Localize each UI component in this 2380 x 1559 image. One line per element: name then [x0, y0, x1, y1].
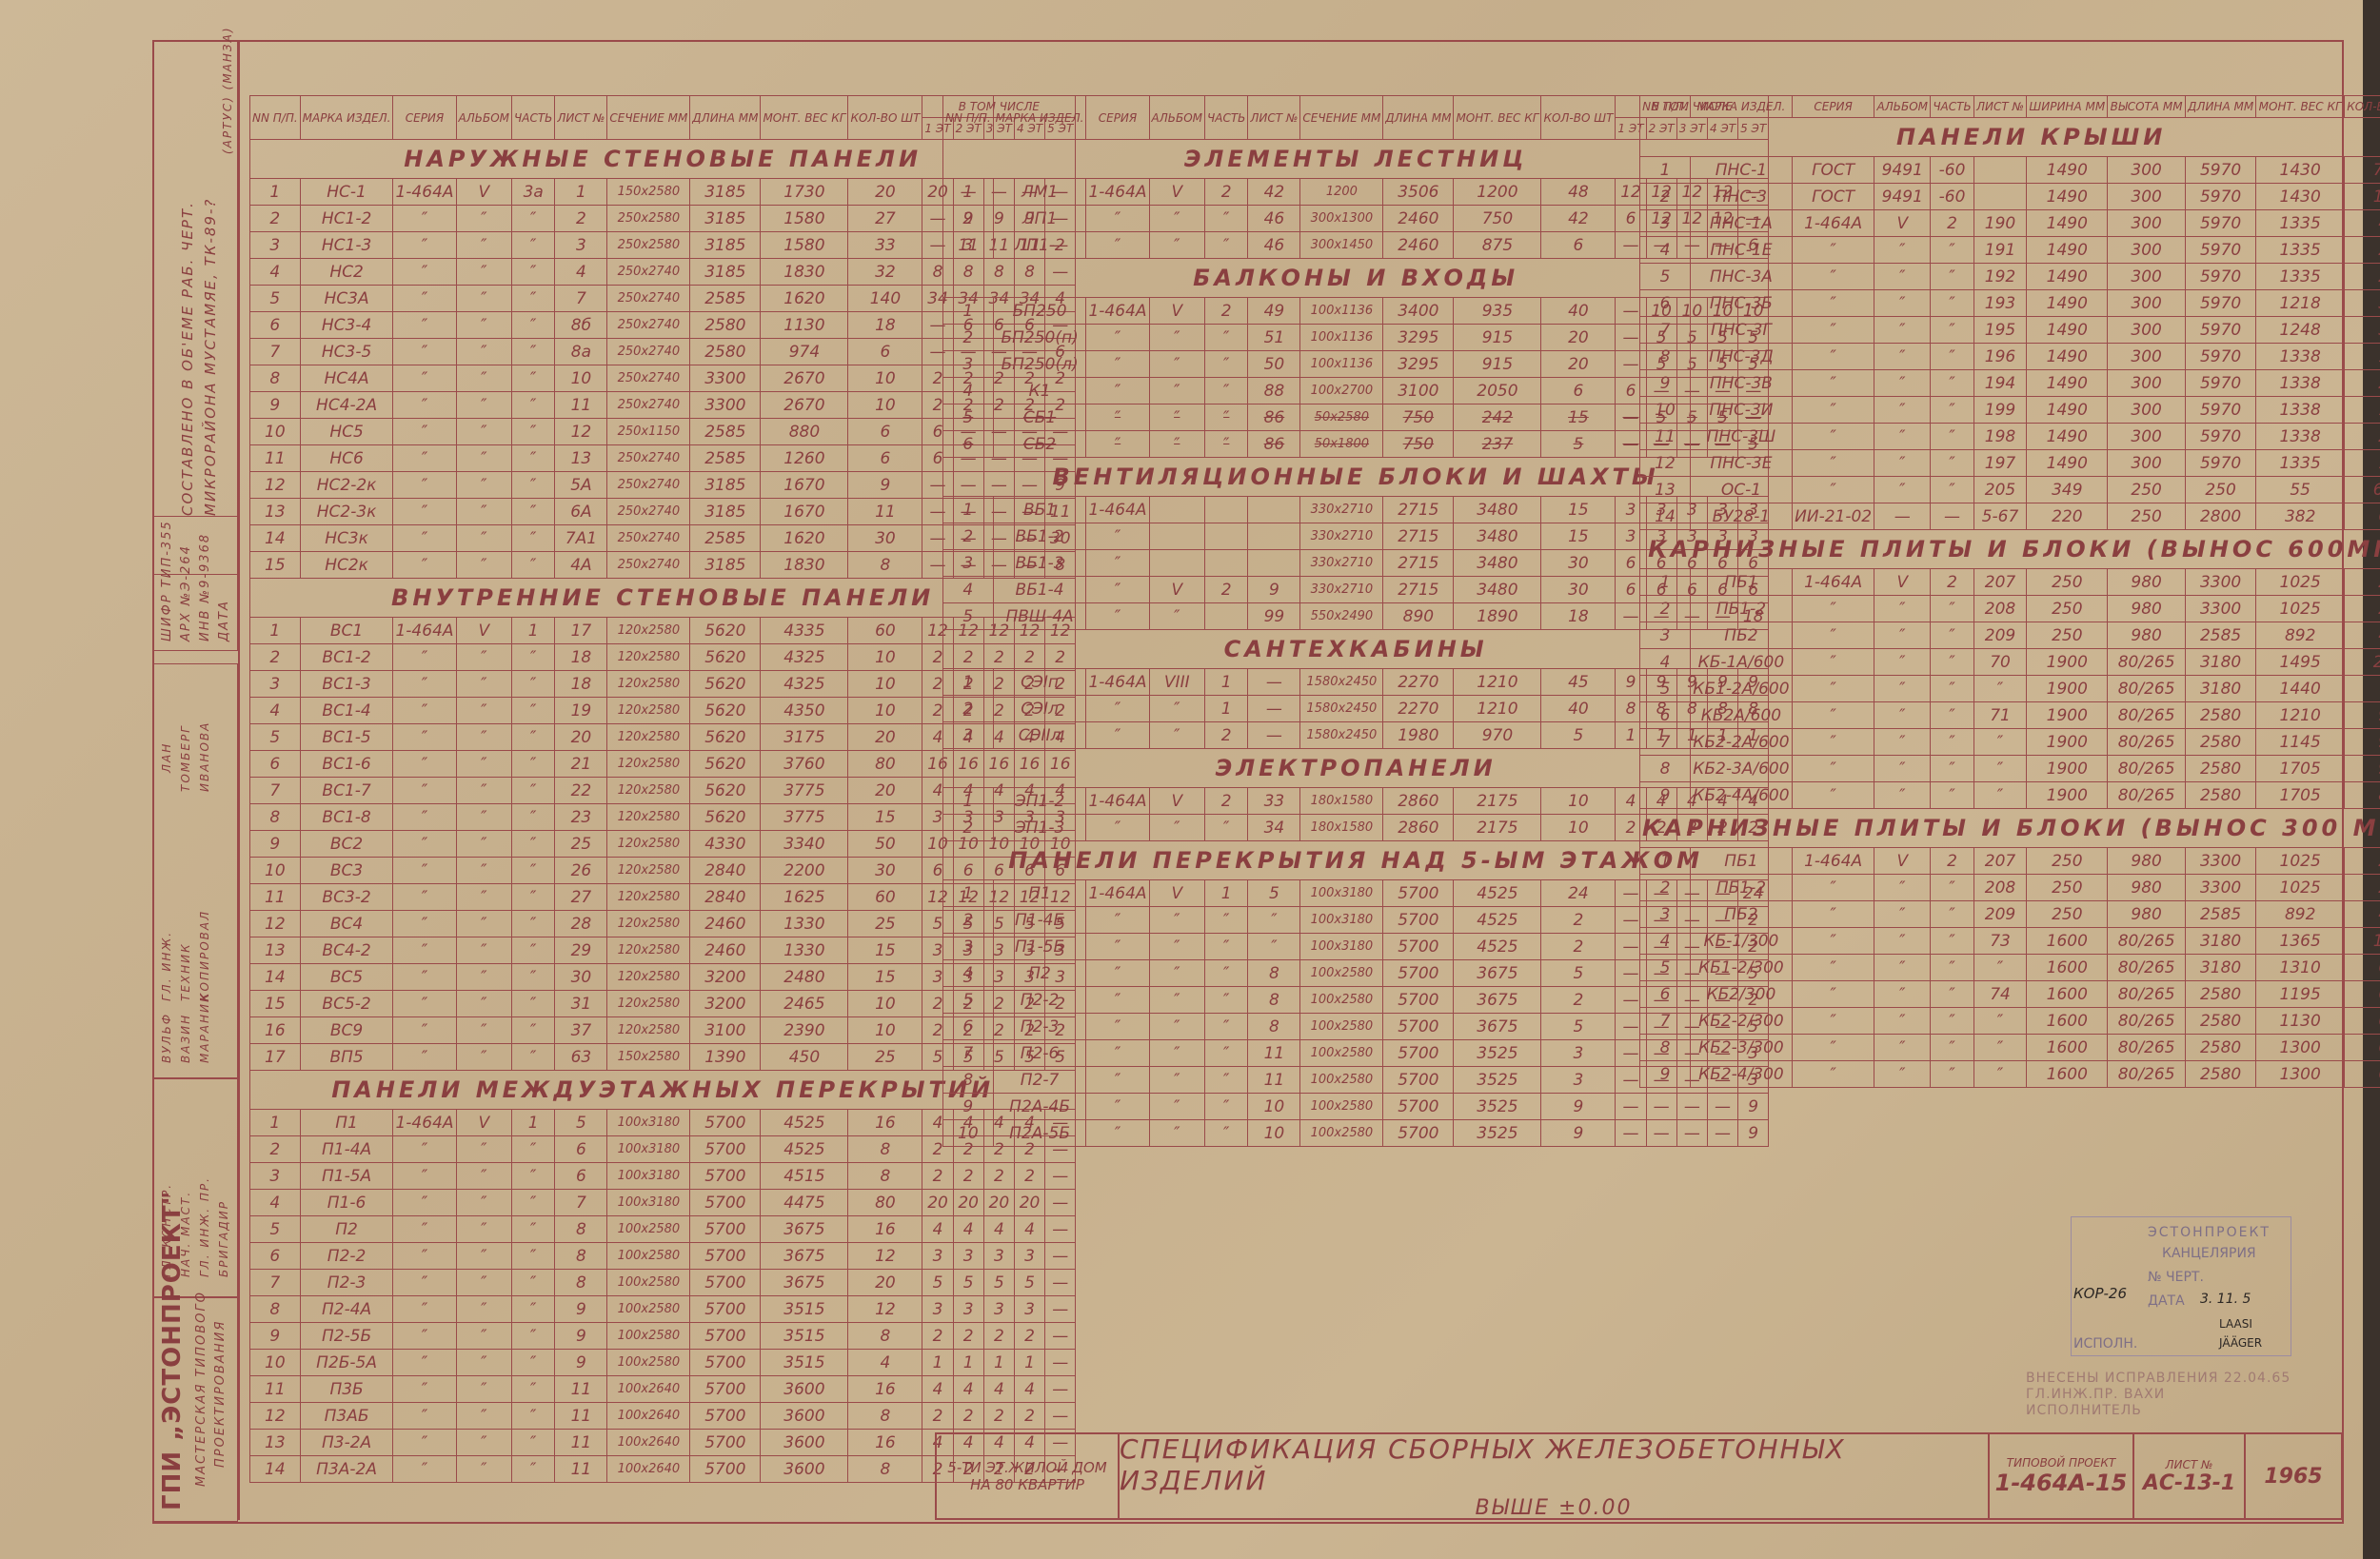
table-row: 4КБ-1А/600″″″70190080/2653180149522: [1640, 649, 2380, 676]
col-part: ЧАСТЬ: [1205, 96, 1248, 140]
col-mark: МАРКА ИЗДЕЛ.: [300, 96, 393, 140]
table-cell: ″: [393, 1430, 456, 1456]
table-cell: —: [1646, 1120, 1676, 1147]
table-cell: 300: [2108, 237, 2185, 264]
table-cell: ″: [1792, 397, 1874, 424]
table-cell: ПНС-1: [1690, 157, 1792, 184]
table-cell: 250: [2027, 901, 2108, 928]
table-cell: 5700: [690, 1270, 761, 1296]
table-cell: ВБ1: [993, 497, 1086, 523]
table-cell: 3: [943, 351, 994, 378]
table-cell: 300: [2108, 290, 2185, 317]
section-title: ПАНЕЛИ КРЫШИ: [1640, 118, 2380, 157]
table-cell: 3480: [1454, 550, 1541, 577]
table-cell: ″: [1149, 1094, 1205, 1120]
table-cell: 80/265: [2108, 928, 2185, 955]
archive-date-label: ДАТА: [217, 600, 231, 641]
table-cell: 11: [555, 1376, 607, 1403]
table-cell: 5: [1541, 960, 1616, 987]
table-cell: ″: [512, 552, 555, 579]
table-cell: 3525: [1454, 1094, 1541, 1120]
table-cell: 237: [1454, 431, 1541, 458]
table-cell: ″: [1149, 987, 1205, 1014]
table-cell: 4: [250, 259, 301, 286]
table-cell: ″: [512, 751, 555, 778]
table-cell: 3: [1640, 622, 1691, 649]
table-cell: ″: [1874, 702, 1931, 729]
col-series: СЕРИЯ: [393, 96, 456, 140]
table-cell: 16: [848, 1110, 922, 1136]
table-cell: 65: [2344, 477, 2380, 503]
table-cell: 120х2580: [607, 644, 690, 671]
role-2: ГЛ. ИНЖ. ПР.: [198, 1176, 211, 1277]
table-cell: 892: [2256, 901, 2345, 928]
table-cell: 6: [1640, 290, 1691, 317]
table-cell: 250: [2108, 477, 2185, 503]
section-title: КАРНИЗНЫЕ ПЛИТЫ И БЛОКИ (ВЫНОС 600ММ): [1640, 530, 2380, 569]
table-cell: 250х2740: [607, 445, 690, 472]
table-cell: ″: [1792, 344, 1874, 370]
table-cell: 120х2580: [607, 1017, 690, 1044]
table-cell: ″: [1086, 206, 1149, 232]
table-cell: 13: [250, 1430, 301, 1456]
table-cell: 60: [848, 884, 922, 911]
table-row: 4КБ-1/300″″″73160080/2653180136510: [1640, 928, 2380, 955]
table-cell: 3675: [761, 1270, 848, 1296]
table-cell: 980: [2108, 848, 2185, 875]
table-cell: ″: [1792, 901, 1874, 928]
table-cell: 330х2710: [1300, 523, 1383, 550]
table-cell: ВС4-2: [300, 937, 393, 964]
table-cell: ″: [512, 472, 555, 499]
table-cell: 1490: [2027, 450, 2108, 477]
table-cell: ″: [1874, 596, 1931, 622]
table-cell: ″: [1792, 424, 1874, 450]
table-row: 4ПНС-1Е″″″1911490300597013352: [1640, 237, 2380, 264]
table-cell: П2А-4Б: [993, 1094, 1086, 1120]
table-cell: 193: [1973, 290, 2026, 317]
table-cell: ″: [1149, 1040, 1205, 1067]
table-cell: ″: [1086, 550, 1149, 577]
table-cell: 20: [848, 778, 922, 804]
table-cell: ВБ1-4: [993, 577, 1086, 603]
table-cell: 4: [983, 1216, 1014, 1243]
table-cell: 5700: [690, 1456, 761, 1483]
table-cell: 9491: [1874, 157, 1931, 184]
table-cell: 27: [555, 884, 607, 911]
table-cell: ″: [1792, 477, 1874, 503]
table-cell: 7: [250, 778, 301, 804]
table-cell: —: [1045, 1403, 1076, 1430]
table-cell: 450: [761, 1044, 848, 1071]
table-cell: П3А-2А: [300, 1456, 393, 1483]
table-cell: 250х2740: [607, 525, 690, 552]
table-cell: 1: [983, 1350, 1014, 1376]
table-cell: 5970: [2185, 450, 2256, 477]
table-cell: 12: [250, 911, 301, 937]
table-cell: 5970: [2185, 237, 2256, 264]
table-cell: 4: [922, 1216, 953, 1243]
table-cell: 750: [1383, 405, 1454, 431]
table-cell: 4475: [761, 1190, 848, 1216]
table-cell: 250х1150: [607, 419, 690, 445]
table-cell: 1440: [2256, 676, 2345, 702]
table-cell: ″: [1205, 1040, 1248, 1067]
table-cell: 2270: [1383, 696, 1454, 722]
table-cell: ЭП1-3: [993, 815, 1086, 841]
table-cell: ″: [456, 804, 512, 831]
table-cell: 1705: [2256, 756, 2345, 782]
table-cell: 8а: [555, 339, 607, 365]
table-cell: ″: [456, 991, 512, 1017]
table-cell: [1149, 523, 1205, 550]
table-cell: ″: [393, 445, 456, 472]
table-cell: 4: [250, 698, 301, 724]
col-qty: КОЛ-ВО ШТ: [1541, 96, 1616, 140]
table-cell: 1705: [2256, 782, 2345, 809]
table-cell: КБ2-2/300: [1690, 1008, 1792, 1035]
table-cell: 3675: [1454, 987, 1541, 1014]
col-album: АЛЬБОМ: [1874, 96, 1931, 118]
table-cell: 2585: [690, 419, 761, 445]
table-cell: 9: [250, 1323, 301, 1350]
table-cell: 3295: [1383, 351, 1454, 378]
table-row: 6КБ2А/600″″″71190080/265258012109: [1640, 702, 2380, 729]
table-cell: 4525: [761, 1110, 848, 1136]
table-cell: 80: [848, 751, 922, 778]
table-cell: —: [1248, 722, 1300, 749]
table-cell: 1490: [2027, 264, 2108, 290]
table-row: 12ПНС-3Е″″″1971490300597013351: [1640, 450, 2380, 477]
table-cell: ″: [512, 1017, 555, 1044]
table-cell: БП250(л): [993, 351, 1086, 378]
table-cell: 1-464А: [1086, 179, 1149, 206]
table-cell: —: [1616, 1120, 1646, 1147]
table-cell: 1: [943, 880, 994, 907]
table-cell: ″: [393, 286, 456, 312]
table-cell: 250х2740: [607, 286, 690, 312]
table-cell: 1830: [761, 552, 848, 579]
table-cell: ″: [1931, 649, 1974, 676]
table-cell: —: [1045, 1190, 1076, 1216]
table-cell: ″: [512, 911, 555, 937]
table-cell: ″: [1205, 1067, 1248, 1094]
table-cell: 3180: [2185, 676, 2256, 702]
table-cell: 1130: [761, 312, 848, 339]
table-cell: 250х2740: [607, 392, 690, 419]
table-cell: 300: [2108, 317, 2185, 344]
table-cell: ″: [1931, 676, 1974, 702]
name-a-2: МАРАНИК: [198, 992, 211, 1063]
note-side: (АРТУС) (МАНЗА): [221, 27, 234, 155]
archive-code: ШИФР ТИП-355: [160, 520, 174, 641]
table-cell: 10: [2344, 928, 2380, 955]
table-cell: 45: [1541, 669, 1616, 696]
col-section: СЕЧЕНИЕ ММ: [1300, 96, 1383, 140]
object-line-1: 5-ТИ ЭТ.ЖИЛОЙ ДОМ: [947, 1459, 1106, 1476]
table-cell: ″: [393, 1296, 456, 1323]
table-cell: ″: [456, 884, 512, 911]
table-cell: ″: [1149, 232, 1205, 259]
table-row: 1ПНС-1ГОСТ9491-6014903005970143077: [1640, 157, 2380, 184]
table-cell: 2800: [2185, 503, 2256, 530]
correction-line-1: ВНЕСЕНЫ ИСПРАВЛЕНИЯ 22.04.65: [2026, 1371, 2291, 1387]
table-cell: 4: [848, 1350, 922, 1376]
table-cell: 8б: [555, 312, 607, 339]
table-cell: ″: [1973, 756, 2026, 782]
table-cell: ″: [1149, 351, 1205, 378]
table-cell: ″: [1086, 815, 1149, 841]
table-cell: ″: [1874, 1035, 1931, 1061]
table-cell: 1218: [2256, 290, 2345, 317]
table-cell: 3600: [761, 1430, 848, 1456]
table-cell: ″: [1874, 981, 1931, 1008]
table-cell: ″: [1149, 325, 1205, 351]
table-cell: ″: [1874, 397, 1931, 424]
table-cell: П2: [993, 960, 1086, 987]
table-cell: 3200: [690, 991, 761, 1017]
table-cell: ВС9: [300, 1017, 393, 1044]
table-cell: 3480: [1454, 577, 1541, 603]
table-cell: ″: [1874, 875, 1931, 901]
table-cell: 1495: [2256, 649, 2345, 676]
table-cell: 8: [250, 365, 301, 392]
table-cell: 3: [250, 232, 301, 259]
table-cell: НС2-3к: [300, 499, 393, 525]
table-cell: 6: [250, 1243, 301, 1270]
table-cell: П2-3: [300, 1270, 393, 1296]
title-cell: СПЕЦИФИКАЦИЯ СБОРНЫХ ЖЕЛЕЗОБЕТОННЫХ ИЗДЕ…: [1120, 1434, 1990, 1518]
table-cell: К1: [993, 378, 1086, 405]
table-cell: ″: [1973, 955, 2026, 981]
table-row: 4П1-6″″″7100х3180570044758020202020—: [250, 1190, 1076, 1216]
table-cell: 1390: [690, 1044, 761, 1071]
table-cell: 6: [1541, 378, 1616, 405]
table-cell: 2: [2344, 596, 2380, 622]
table-cell: 70: [1973, 649, 2026, 676]
table-cell: СЭIIл: [993, 722, 1086, 749]
table-cell: 100х3180: [1300, 934, 1383, 960]
table-cell: ″: [456, 1350, 512, 1376]
col-qty: КОЛ-ВО ШТ.: [2344, 96, 2380, 118]
table-cell: 1: [512, 1110, 555, 1136]
table-cell: ″: [456, 858, 512, 884]
table-cell: 2: [555, 206, 607, 232]
table-cell: 3515: [761, 1323, 848, 1350]
table-cell: —: [1045, 1216, 1076, 1243]
table-row: 5ПНС-3А″″″1921490300597013352: [1640, 264, 2380, 290]
table-cell: ″: [456, 499, 512, 525]
table-cell: 16: [848, 1430, 922, 1456]
table-cell: 20: [848, 724, 922, 751]
table-cell: 4А: [555, 552, 607, 579]
table-cell: ″: [1792, 264, 1874, 290]
table-cell: 40: [1541, 696, 1616, 722]
table-cell: 26: [555, 858, 607, 884]
section-header-cornice-600: КАРНИЗНЫЕ ПЛИТЫ И БЛОКИ (ВЫНОС 600ММ): [1640, 530, 2380, 569]
table-cell: 1310: [2256, 955, 2345, 981]
table-cell: ″: [1973, 1035, 2026, 1061]
note-line-1: СОСТАВЛЕНО В ОБ'ЕМЕ РАБ. ЧЕРТ.: [179, 201, 196, 516]
table-cell: 100х2580: [1300, 1067, 1383, 1094]
table-row: 9КБ2-4А/600″″″″190080/265258017058: [1640, 782, 2380, 809]
project-label: ТИПОВОЙ ПРОЕКТ: [2007, 1456, 2115, 1470]
table-cell: ПБ2: [1690, 622, 1792, 649]
object-cell: 5-ТИ ЭТ.ЖИЛОЙ ДОМ НА 80 КВАРТИР: [937, 1434, 1120, 1518]
table-cell: 2: [922, 1403, 953, 1430]
workshop-line-1: МАСТЕРСКАЯ ТИПОВОГО: [194, 1291, 208, 1487]
table-cell: 207: [1973, 569, 2026, 596]
table-cell: БУ28-1: [1690, 503, 1792, 530]
table-cell: ″: [512, 392, 555, 419]
table-cell: 5: [943, 987, 994, 1014]
document-title: СПЕЦИФИКАЦИЯ СБОРНЫХ ЖЕЛЕЗОБЕТОННЫХ ИЗДЕ…: [1120, 1433, 1988, 1496]
table-cell: ″: [1086, 907, 1149, 934]
table-cell: ″: [1086, 1094, 1149, 1120]
table-cell: ″: [1874, 1061, 1931, 1088]
table-cell: 4: [1014, 1216, 1044, 1243]
table-cell: 100х3180: [1300, 907, 1383, 934]
table-cell: ″: [456, 831, 512, 858]
table-cell: НС2-2к: [300, 472, 393, 499]
table-cell: 1-464А: [1792, 848, 1874, 875]
table-cell: ″: [456, 232, 512, 259]
table-cell: 5: [250, 286, 301, 312]
table-cell: ″: [1973, 782, 2026, 809]
table-cell: 330х2710: [1300, 577, 1383, 603]
table-cell: 5-67: [1973, 503, 2026, 530]
table-cell: ″: [1874, 237, 1931, 264]
table-cell: 10: [555, 365, 607, 392]
table-cell: 5700: [690, 1403, 761, 1430]
table-cell: 3400: [1383, 298, 1454, 325]
table-cell: ВС1-5: [300, 724, 393, 751]
table-cell: 1-464А: [1086, 788, 1149, 815]
table-cell: 10: [1248, 1120, 1300, 1147]
table-cell: 550х2490: [1300, 603, 1383, 630]
table-cell: 4: [983, 1376, 1014, 1403]
table-cell: 3: [943, 934, 994, 960]
table-cell: 9: [250, 831, 301, 858]
table-cell: ″: [393, 552, 456, 579]
table-cell: 30: [848, 525, 922, 552]
table-cell: 1: [943, 497, 994, 523]
table-cell: 3200: [690, 964, 761, 991]
table-cell: 13: [250, 937, 301, 964]
table-cell: 2: [953, 1403, 983, 1430]
section-title: КАРНИЗНЫЕ ПЛИТЫ И БЛОКИ (ВЫНОС 300 ММ): [1640, 809, 2380, 848]
table-cell: 9: [1541, 1120, 1616, 1147]
table-cell: ″: [1874, 450, 1931, 477]
table-cell: 1: [922, 1350, 953, 1376]
table-cell: 8: [848, 1323, 922, 1350]
table-row: 5КБ1-2А/600″″″″190080/265318014407: [1640, 676, 2380, 702]
table-cell: 8: [2344, 782, 2380, 809]
table-cell: ″: [1973, 1061, 2026, 1088]
table-cell: 1: [1640, 569, 1691, 596]
table-cell: ″: [456, 419, 512, 445]
table-cell: П1-5Б: [993, 934, 1086, 960]
table-cell: 3506: [1383, 179, 1454, 206]
table-cell: 2580: [2185, 1035, 2256, 1061]
table-cell: 150х2580: [607, 1044, 690, 1071]
table-cell: 3а: [512, 179, 555, 206]
col-num: NN П/П.: [943, 96, 994, 140]
table-cell: 120х2580: [607, 991, 690, 1017]
table-cell: 5700: [1383, 1120, 1454, 1147]
table-cell: 2: [1541, 907, 1616, 934]
table-cell: ″: [512, 1376, 555, 1403]
table-cell: 1830: [761, 259, 848, 286]
table-cell: ″: [393, 804, 456, 831]
table-cell: 250х2740: [607, 339, 690, 365]
table-cell: 3: [1640, 901, 1691, 928]
table-cell: 2: [1014, 1323, 1044, 1350]
table-cell: ″: [512, 1216, 555, 1243]
table-cell: [1205, 550, 1248, 577]
table-cell: 100х2640: [607, 1403, 690, 1430]
stamp-checked-name: LAASI: [2219, 1317, 2252, 1331]
table-cell: ″: [1086, 232, 1149, 259]
table-cell: ″: [512, 206, 555, 232]
table-cell: ″: [456, 724, 512, 751]
table-cell: 100х2580: [607, 1323, 690, 1350]
table-cell: 10: [250, 858, 301, 884]
stamp-date-label: ДАТА: [2148, 1293, 2185, 1309]
table-cell: ″: [456, 964, 512, 991]
table-cell: 4350: [761, 698, 848, 724]
table-cell: 12: [250, 472, 301, 499]
table-cell: ″: [393, 1456, 456, 1483]
table-cell: 18: [555, 644, 607, 671]
table-cell: ″: [512, 499, 555, 525]
table-cell: —: [1874, 503, 1931, 530]
table-row: 7П2-3″″″8100х258057003675205555—: [250, 1270, 1076, 1296]
table-cell: 1335: [2256, 450, 2345, 477]
table-cell: 80: [848, 1190, 922, 1216]
table-cell: 100х1136: [1300, 351, 1383, 378]
table-cell: 120х2580: [607, 804, 690, 831]
table-cell: ″: [512, 1243, 555, 1270]
table-cell: 3185: [690, 179, 761, 206]
table-cell: 31: [555, 991, 607, 1017]
table-cell: П2-2: [993, 987, 1086, 1014]
table-cell: 4: [555, 259, 607, 286]
table-cell: ЛМ1: [993, 179, 1086, 206]
table-cell: 5700: [1383, 880, 1454, 907]
table-cell: 1900: [2027, 729, 2108, 756]
table-cell: 71: [1973, 702, 2026, 729]
table-cell: ″: [1792, 756, 1874, 782]
table-cell: ″: [1149, 405, 1205, 431]
table-cell: ″: [456, 365, 512, 392]
table-row: 14БУ28-1ИИ-21-02——5-6722025028003826: [1640, 503, 2380, 530]
table-cell: 250: [2027, 569, 2108, 596]
table-cell: ″: [456, 1044, 512, 1071]
table-cell: ″: [512, 991, 555, 1017]
table-cell: 5700: [690, 1190, 761, 1216]
table-row: 1ПБ11-464АV2207250980330010252: [1640, 569, 2380, 596]
table-cell: 10: [250, 1350, 301, 1376]
table-cell: 20: [1014, 1190, 1044, 1216]
table-cell: —: [1045, 1243, 1076, 1270]
table-cell: ″: [1792, 649, 1874, 676]
table-cell: ЭП1-2: [993, 788, 1086, 815]
table-cell: 18: [1541, 603, 1616, 630]
table-cell: 80/265: [2108, 756, 2185, 782]
table-cell: ″: [1086, 378, 1149, 405]
name-b-0: ЛАН: [160, 742, 173, 773]
